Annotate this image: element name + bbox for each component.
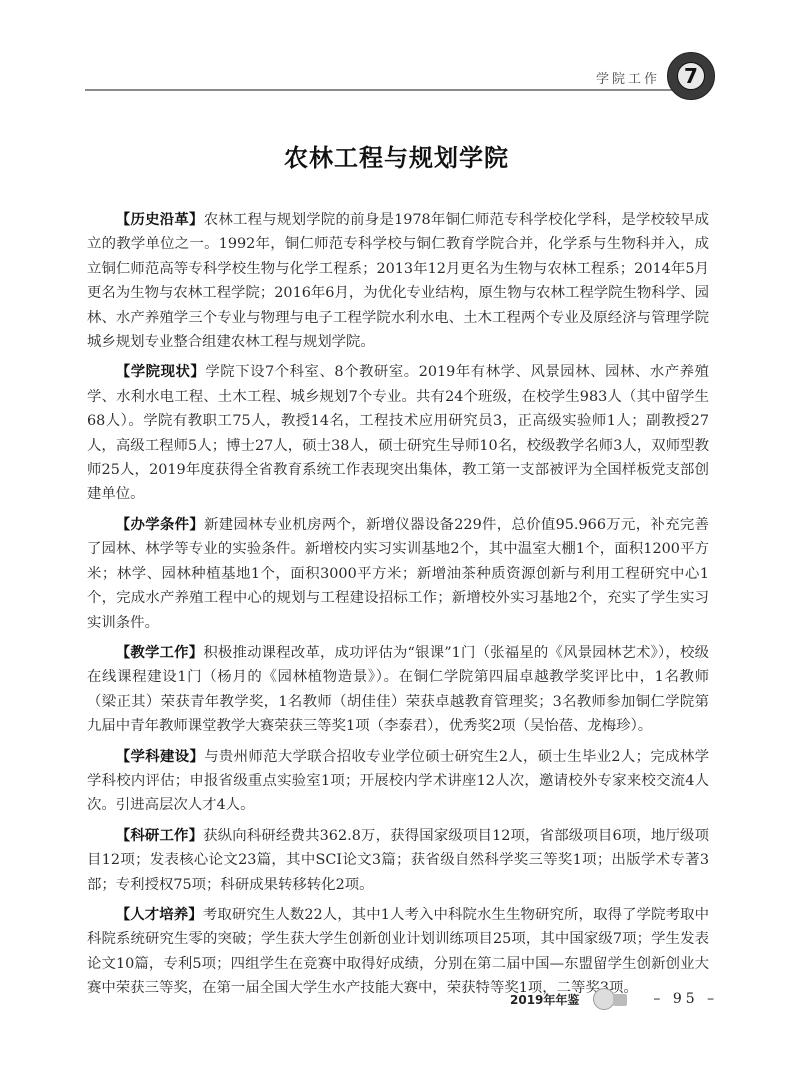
- page-number: – 95 –: [653, 991, 718, 1007]
- section-text: 学院下设7个科室、8个教研室。2019年有林学、风景园林、园林、水产养殖学、水利…: [87, 364, 709, 502]
- section-talent: 【人才培养】考取研究生人数22人，其中1人考入中科院水生生物研究所，取得了学院考…: [87, 903, 709, 1001]
- section-facilities: 【办学条件】新建园林专业机房两个，新增仪器设备229件，总价值95.966万元，…: [87, 513, 709, 635]
- section-label: 学院工作: [596, 68, 660, 87]
- section-text: 农林工程与规划学院的前身是1978年铜仁师范专科学校化学科，是学校较早成立的教学…: [87, 212, 709, 350]
- section-heading: 【学科建设】: [116, 749, 204, 765]
- section-heading: 【教学工作】: [116, 645, 204, 661]
- section-teaching: 【教学工作】积极推动课程改革，成功评估为“银课”1门（张福星的《风景园林艺术》）…: [87, 641, 709, 739]
- section-heading: 【人才培养】: [116, 907, 203, 923]
- section-heading: 【办学条件】: [116, 517, 204, 533]
- section-heading: 【学院现状】: [116, 364, 206, 380]
- yearbook-mascot-icon: [589, 988, 629, 1010]
- section-text: 新建园林专业机房两个，新增仪器设备229件，总价值95.966万元，补充完善了园…: [87, 517, 709, 631]
- page-footer: 2019年年鉴 – 95 –: [510, 988, 718, 1010]
- section-heading: 【历史沿革】: [116, 212, 204, 228]
- yearbook-label: 2019年年鉴: [510, 991, 579, 1008]
- university-logo-icon: 7: [667, 52, 715, 100]
- section-heading: 【科研工作】: [116, 828, 203, 844]
- section-history: 【历史沿革】农林工程与规划学院的前身是1978年铜仁师范专科学校化学科，是学校较…: [87, 208, 709, 354]
- section-status: 【学院现状】学院下设7个科室、8个教研室。2019年有林学、风景园林、园林、水产…: [87, 360, 709, 506]
- article-body: 【历史沿革】农林工程与规划学院的前身是1978年铜仁师范专科学校化学科，是学校较…: [87, 208, 709, 1007]
- logo-glyph: 7: [677, 62, 705, 90]
- section-research: 【科研工作】获纵向科研经费共362.8万，获得国家级项目12项，省部级项目6项，…: [87, 824, 709, 897]
- header-rule: [85, 89, 675, 91]
- page-title: 农林工程与规划学院: [0, 138, 793, 173]
- section-discipline: 【学科建设】与贵州师范大学联合招收专业学位硕士研究生2人，硕士生毕业2人；完成林…: [87, 745, 709, 818]
